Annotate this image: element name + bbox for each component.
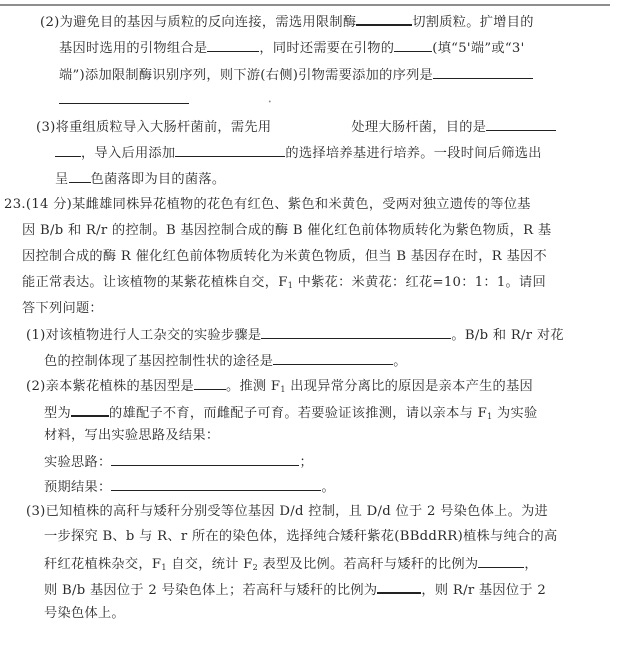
- q23-p3-text: ，: [524, 557, 538, 572]
- q23-p1-text: (1)对该植物进行人工杂交的实验步骤是: [26, 328, 261, 343]
- expected-result-blank[interactable]: [111, 477, 321, 491]
- top-divider: [0, 4, 610, 6]
- q23-p1-text: 。B/b 和 R/r 对花: [451, 328, 563, 343]
- q23-stem-line2: 因 B/b 和 R/r 的控制。B 基因控制合成的酶 B 催化红色前体物质转化为…: [22, 222, 551, 240]
- q23-p2-text: 为实验: [492, 406, 537, 421]
- q23-p3-line3: 秆红花植株杂交，F1 自交，统计 F2 表型及比例。若高秆与矮秆的比例为，: [44, 554, 538, 577]
- q23-p3-text: 自交，统计 F: [167, 557, 253, 572]
- answer-blank[interactable]: [394, 38, 432, 52]
- q22-p3-text: 色菌落即为目的菌落。: [91, 172, 226, 187]
- q22-p2-text: 基因时选用的引物组合是: [59, 41, 207, 56]
- experiment-idea-blank[interactable]: [111, 452, 299, 466]
- q23-stem-line1: 23.(14 分)某雌雄同株异花植物的花色有红色、紫色和米黄色，受两对独立遗传的…: [4, 196, 531, 214]
- q22-p3-text: 处理大肠杆菌，目的是: [351, 120, 486, 135]
- q22-p2-text: 端”)添加限制酶识别序列，则下游(右侧)引物需要添加的序列是: [59, 68, 433, 83]
- q22-p2-line3: 端”)添加限制酶识别序列，则下游(右侧)引物需要添加的序列是: [59, 65, 533, 85]
- answer-blank[interactable]: [261, 325, 451, 339]
- q23-p1-line1: (1)对该植物进行人工杂交的实验步骤是。B/b 和 R/r 对花: [26, 325, 564, 345]
- q23-p2-text: 。: [321, 480, 335, 495]
- q23-p2-line1: (2)亲本紫花植株的基因型是。推测 F1 出现异常分离比的原因是亲本产生的基因: [26, 376, 533, 399]
- q23-p2-text: ；: [299, 455, 313, 470]
- q23-p1-text: 色的控制体现了基因控制性状的途径是: [44, 354, 273, 369]
- q23-p3-text: 表型及比例。若高秆与矮秆的比例为: [258, 557, 478, 572]
- q23-p2-result-line: 预期结果：。: [44, 477, 335, 497]
- q22-p3-text: 呈: [55, 172, 69, 187]
- q22-p3-text: 的选择培养基进行培养。一段时间后筛选出: [285, 146, 541, 161]
- q23-stem-line4: 能正常表达。让该植物的某紫花植株自交，F1 中紫花：米黄花：红花=10：1：1。…: [22, 274, 546, 295]
- q23-p3-text: 秆红花植株杂交，F: [44, 557, 161, 572]
- q22-p3-text: ，导入后用添加: [81, 146, 175, 161]
- q23-p3-text: 则 B/b 基因位于 2 号染色体上；若高秆与矮秆的比例为: [44, 583, 377, 598]
- q23-p2-text: (2)亲本紫花植株的基因型是: [26, 379, 194, 394]
- q22-p2-line4: [59, 90, 189, 110]
- stray-mark: •: [268, 99, 272, 106]
- q23-p3-line5: 号染色体上。: [44, 605, 125, 623]
- q23-p3-text: ，则 R/r 基因位于 2: [421, 583, 546, 598]
- q23-p2-text: 型为: [44, 406, 71, 421]
- q23-p1-text: 。: [393, 354, 407, 369]
- q23-p1-line2: 色的控制体现了基因控制性状的途径是。: [44, 351, 407, 371]
- q22-p3-line1: (3)将重组质粒导入大肠杆菌前，需先用处理大肠杆菌，目的是: [36, 117, 556, 137]
- q22-p2-text: ，同时还需要在引物的: [259, 41, 394, 56]
- answer-blank[interactable]: [478, 554, 524, 568]
- q23-p3-line1: (3)已知植株的高秆与矮秆分别受等位基因 D/d 控制，且 D/d 位于 2 号…: [26, 503, 548, 521]
- answer-blank[interactable]: [59, 90, 189, 104]
- answer-blank[interactable]: [69, 169, 91, 183]
- q22-p2-text: (填“5'端”或“3': [432, 41, 524, 56]
- answer-blank[interactable]: [377, 579, 421, 594]
- q23-p3-line4: 则 B/b 基因位于 2 号染色体上；若高秆与矮秆的比例为，则 R/r 基因位于…: [44, 579, 546, 600]
- q23-p2-idea-line: 实验思路：；: [44, 452, 313, 472]
- q23-p2-line3: 材料，写出实验思路及结果：: [44, 427, 219, 445]
- answer-blank[interactable]: [273, 351, 393, 365]
- answer-blank[interactable]: [71, 402, 109, 417]
- q23-p2-text: 的雄配子不育，而雌配子可育。若要验证该推测，请以亲本与 F: [109, 406, 487, 421]
- experiment-idea-label: 实验思路：: [44, 455, 111, 470]
- q23-stem-line5: 答下列问题：: [22, 300, 103, 318]
- answer-blank[interactable]: [356, 11, 412, 26]
- q22-p3-line2: ，导入后用添加的选择培养基进行培养。一段时间后筛选出: [55, 143, 542, 163]
- q22-p2-text: (2)为避免目的基因与质粒的反向连接，需选用限制酶: [40, 15, 356, 30]
- q22-p3-text: (3)将重组质粒导入大肠杆菌前，需先用: [36, 120, 271, 135]
- q23-stem-text: 中紫花：米黄花：红花=10：1：1。请回: [293, 275, 546, 290]
- answer-blank[interactable]: [55, 143, 81, 157]
- q22-p2-line2: 基因时选用的引物组合是，同时还需要在引物的(填“5'端”或“3': [59, 38, 525, 58]
- answer-blank[interactable]: [194, 376, 226, 390]
- answer-blank[interactable]: [175, 143, 285, 157]
- answer-blank[interactable]: [207, 38, 259, 52]
- q23-stem-line3: 因控制合成的酶 R 催化红色前体物质转化为米黄色物质，但当 B 基因存在时，R …: [22, 248, 547, 266]
- q23-p2-text: 。推测 F: [226, 379, 280, 394]
- q22-p2-line1: (2)为避免目的基因与质粒的反向连接，需选用限制酶切割质粒。扩增目的: [40, 11, 534, 32]
- answer-blank[interactable]: [486, 117, 556, 131]
- q22-p3-line3: 呈色菌落即为目的菌落。: [55, 169, 225, 189]
- answer-blank[interactable]: [433, 65, 533, 79]
- q22-p2-text: 切割质粒。扩增目的: [412, 15, 533, 30]
- q23-p2-line2: 型为的雄配子不育，而雌配子可育。若要验证该推测，请以亲本与 F1 为实验: [44, 402, 537, 426]
- expected-result-label: 预期结果：: [44, 480, 111, 495]
- q23-p3-line2: 一步探究 B、b 与 R、r 所在的染色体，选择纯合矮秆紫花(BBddRR)植株…: [44, 528, 557, 546]
- q23-stem-text: 能正常表达。让该植物的某紫花植株自交，F: [22, 275, 288, 290]
- q23-p2-text: 出现异常分离比的原因是亲本产生的基因: [286, 379, 533, 394]
